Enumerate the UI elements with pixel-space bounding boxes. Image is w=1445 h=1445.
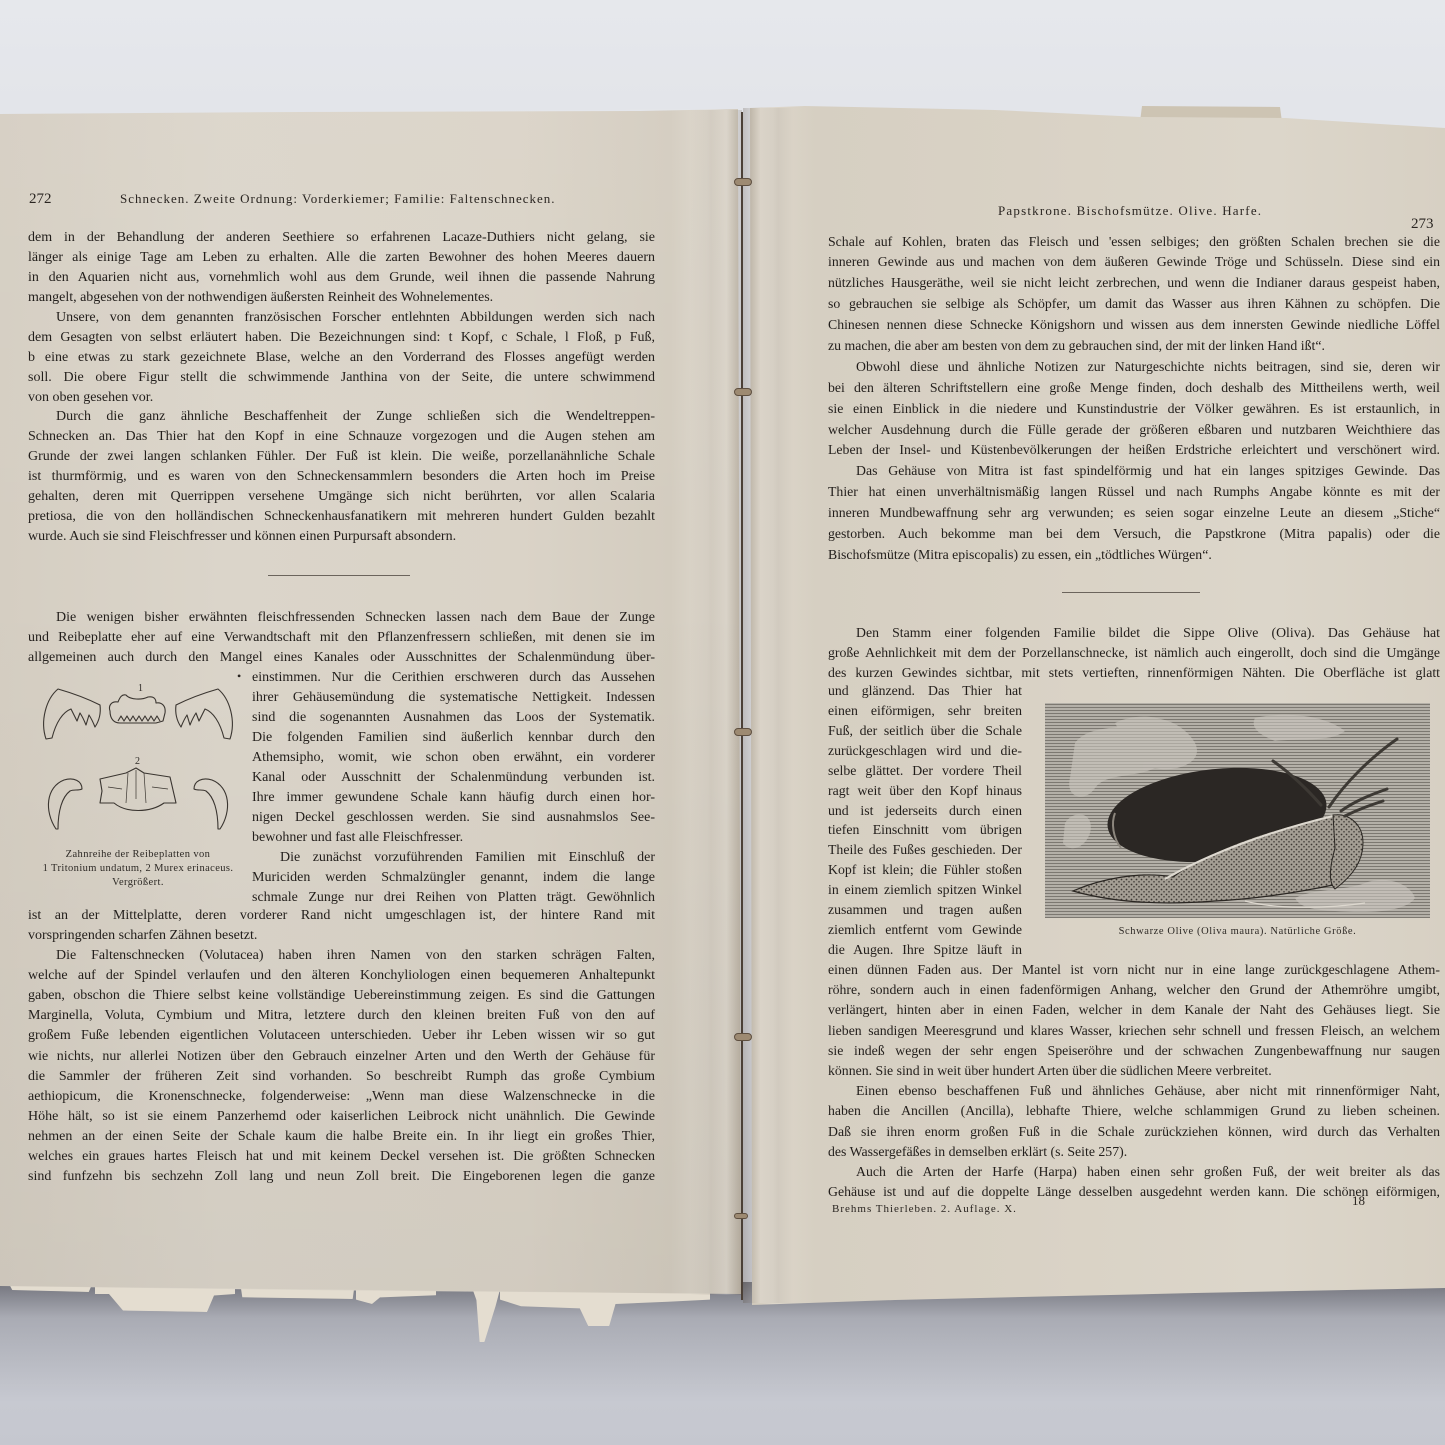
printer-signature: Brehms Thierleben. 2. Auflage. X. bbox=[832, 1203, 1017, 1215]
text-line: Theile des Fußes geschieden. Der bbox=[828, 840, 1022, 860]
text-line: inneren Mundbewaffnung sehr arg verwunde… bbox=[828, 503, 1440, 524]
radula-hook-right-2 bbox=[194, 779, 228, 829]
text-line: Kanal oder Ausschnitt der Schalenmündung… bbox=[252, 768, 655, 788]
figure-caption-left: Zahnreihe der Reibeplatten von 1 Tritoni… bbox=[28, 848, 248, 890]
text-line: bewohner und fast alle Fleischfresser. bbox=[252, 828, 655, 848]
text-line: nehmen an der einen Seite der Schale kau… bbox=[28, 1127, 655, 1147]
text-line: große Aehnlichkeit mit dem der Porzellan… bbox=[828, 643, 1440, 663]
text-line: sie einen Einblick in die niedere und Ku… bbox=[828, 399, 1440, 420]
spine-thread bbox=[741, 112, 743, 1300]
right-text-block-1: Schale auf Kohlen, braten das Fleisch un… bbox=[828, 232, 1440, 566]
gutter-fold-right bbox=[743, 108, 793, 1303]
text-line: Ihre immer gewundene Schale kann häufig … bbox=[252, 788, 655, 808]
text-line: wurde. Auch sie sind Fleischfresser und … bbox=[28, 527, 655, 547]
binding-stitch bbox=[734, 728, 752, 736]
text-line: Athemsipho, womit, wie schon oben erwähn… bbox=[252, 748, 655, 768]
text-line: Höhe hält, so ist sie einem Panzerhemd o… bbox=[28, 1107, 655, 1127]
text-line: ihrer Gehäusemündung die systematische N… bbox=[252, 688, 655, 708]
text-line: Die Faltenschnecken (Volutacea) haben ih… bbox=[28, 946, 655, 966]
page-shadow bbox=[0, 1282, 1445, 1402]
text-line: Grunde der zwei langen schlanken Fühler.… bbox=[28, 447, 655, 467]
figure-label-1: 1 bbox=[138, 683, 143, 694]
text-line: Unsere, von dem genannten französischen … bbox=[28, 308, 655, 328]
caption-line: 1 Tritonium undatum, 2 Murex erinaceus. bbox=[28, 862, 248, 876]
radula-hook-left-2 bbox=[48, 779, 82, 829]
text-line: einen eiförmigen, sehr breiten bbox=[828, 701, 1022, 721]
text-line: länger als einige Tage am Leben zu erhal… bbox=[28, 248, 655, 268]
text-line: Den Stamm einer folgenden Familie bildet… bbox=[828, 623, 1440, 643]
binding-stitch bbox=[734, 1213, 748, 1219]
right-text-block-2: Den Stamm einer folgenden Familie bildet… bbox=[828, 623, 1440, 683]
text-line: ist thurmförmig, und es waren von den Sc… bbox=[28, 467, 655, 487]
text-line: ziemlich entfernt vom Gewinde bbox=[828, 920, 1022, 940]
radula-hook-left-1 bbox=[44, 689, 101, 739]
text-line: zusammen und tragen außen bbox=[828, 900, 1022, 920]
text-line: wie nichts, nur allerlei Notizen über de… bbox=[28, 1047, 655, 1067]
text-line: tiefen Einschnitt vom übrigen bbox=[828, 820, 1022, 840]
text-line: Fuß, der seitlich über die Schale bbox=[828, 721, 1022, 741]
text-line: inneren Gewinde aus und machen von dem ä… bbox=[828, 252, 1440, 273]
text-line: Die zunächst vorzuführenden Familien mit… bbox=[252, 848, 655, 868]
text-line: gaben, obschon die Thiere selbst keine v… bbox=[28, 986, 655, 1006]
text-line: und Reibeplatte eher auf eine Verwandtsc… bbox=[28, 628, 655, 648]
text-line: die Sammler der früheren Zeit sind vorha… bbox=[28, 1067, 655, 1087]
text-line: von oben gesehen vor. bbox=[28, 388, 655, 408]
text-line: Das Gehäuse von Mitra ist fast spindelfö… bbox=[828, 461, 1440, 482]
text-line: nützliches Hausgeräthe, weil sie nicht l… bbox=[828, 273, 1440, 294]
text-line: Schale auf Kohlen, braten das Fleisch un… bbox=[828, 232, 1440, 253]
text-line: Kopf ist klein; die Fühler stoßen bbox=[828, 860, 1022, 880]
figure-radula-teeth: 1 2 bbox=[28, 675, 248, 840]
text-line: Obwohl diese und ähnliche Notizen zur Na… bbox=[828, 357, 1440, 378]
right-text-block-narrow: und glänzend. Das Thier hateinen eiförmi… bbox=[828, 681, 1022, 960]
text-line: Einen ebenso beschaffenen Fuß und ähnlic… bbox=[828, 1081, 1440, 1101]
caption-line: Vergrößert. bbox=[28, 876, 248, 890]
text-line: Marginella, Voluta, Cymbium und Mitra, l… bbox=[28, 1006, 655, 1026]
page-number-left: 272 bbox=[29, 191, 52, 208]
radula-hook-right-1 bbox=[176, 689, 233, 739]
text-line: soll. Die obere Figur stellt die schwimm… bbox=[28, 368, 655, 388]
text-line: zu machen, die aber am besten von dem zu… bbox=[828, 336, 1440, 357]
open-book-photo: 272 Schnecken. Zweite Ordnung: Vorderkie… bbox=[0, 0, 1445, 1445]
binding-stitch bbox=[734, 178, 752, 186]
running-head-left: Schnecken. Zweite Ordnung: Vorderkiemer;… bbox=[120, 191, 556, 207]
text-line: in den Aquarien nicht aus, vornehmlich w… bbox=[28, 268, 655, 288]
text-line: einen dünnen Faden aus. Der Mantel ist v… bbox=[828, 960, 1440, 980]
text-line: röhre, sondern auch in einen fadenförmig… bbox=[828, 980, 1440, 1000]
text-line: und glänzend. Das Thier hat bbox=[828, 681, 1022, 701]
text-line: dem in der Behandlung der anderen Seethi… bbox=[28, 228, 655, 248]
text-line: Chinesen nennen diese Schnecke Königshor… bbox=[828, 315, 1440, 336]
radula-plate-2 bbox=[100, 768, 176, 811]
text-line: Gehäuse ist und auf die doppelte Länge d… bbox=[828, 1182, 1440, 1202]
text-line: Die folgenden Familien sind äußerlich ke… bbox=[252, 728, 655, 748]
binding-stitch bbox=[734, 1033, 752, 1041]
text-line: welches ein graues hartes Fleisch hat un… bbox=[28, 1147, 655, 1167]
gutter-fold-left bbox=[690, 110, 742, 1295]
text-line: Leben der Insel- und Küstenbevölkerungen… bbox=[828, 440, 1440, 461]
text-line: Schnecken an. Das Thier hat den Kopf in … bbox=[28, 427, 655, 447]
text-line: Thier hat einen unverhältnismäßig langen… bbox=[828, 482, 1440, 503]
text-line: die Augen. Ihre Spitze läuft in bbox=[828, 940, 1022, 960]
text-line: Daß sie ihren enorm großen Fuß in die Sc… bbox=[828, 1122, 1440, 1142]
text-line: Durch die ganz ähnliche Beschaffenheit d… bbox=[28, 407, 655, 427]
illustration-caption: Schwarze Olive (Oliva maura). Natürliche… bbox=[1045, 924, 1430, 940]
text-line: können. Sie sind in weit über hundert Ar… bbox=[828, 1061, 1440, 1081]
illustration-black-olive-snail bbox=[1045, 703, 1430, 918]
text-line: lieben sandigen Meeresgrund und klares W… bbox=[828, 1021, 1440, 1041]
text-line: und ist jederseits durch einen bbox=[828, 801, 1022, 821]
text-line: in einem ziemlich spitzen Winkel bbox=[828, 880, 1022, 900]
binding-stitch bbox=[734, 388, 752, 396]
text-line: pretiosa, die von den holländischen Schn… bbox=[28, 507, 655, 527]
page-number-right: 273 bbox=[1411, 216, 1434, 233]
section-rule-left bbox=[268, 575, 410, 576]
text-line: Auch die Arten der Harfe (Harpa) haben e… bbox=[828, 1162, 1440, 1182]
text-line: haben die Ancillen (Ancilla), lebhafte T… bbox=[828, 1101, 1440, 1121]
text-line: bei den älteren Schriftstellern eine gro… bbox=[828, 378, 1440, 399]
section-rule-right bbox=[1062, 592, 1200, 593]
text-line: nigen Deckel geschlossen werden. Sie sin… bbox=[252, 808, 655, 828]
text-line: sind die sogenannten Ausnahmen das Loos … bbox=[252, 708, 655, 728]
text-line: des Wassergefäßes in demselben erklärt (… bbox=[828, 1142, 1440, 1162]
text-line: schmale Zunge nur drei Reihen von Platte… bbox=[252, 888, 655, 908]
text-line: aethiopicum, die Kronenschnecke, folgend… bbox=[28, 1087, 655, 1107]
left-text-block-3: ist an der Mittelplatte, deren vorderer … bbox=[28, 906, 655, 1187]
text-line: Bischofsmütze (Mitra episcopalis) zu ess… bbox=[828, 545, 1440, 566]
text-line: ist an der Mittelplatte, deren vorderer … bbox=[28, 906, 655, 926]
text-line: Die wenigen bisher erwähnten fleischfres… bbox=[28, 608, 655, 628]
radula-teeth-zigzag bbox=[118, 716, 160, 721]
left-text-block-1: dem in der Behandlung der anderen Seethi… bbox=[28, 228, 655, 547]
figure-label-2: 2 bbox=[135, 756, 140, 767]
text-line: gehalten, deren mit Querrippen versehene… bbox=[28, 487, 655, 507]
text-line: ragt weit über den Kopf hinaus bbox=[828, 781, 1022, 801]
text-line: vorspringenden scharfen Zähnen besetzt. bbox=[28, 926, 655, 946]
text-line: großem Fuße lebenden eigentlichen Voluta… bbox=[28, 1026, 655, 1046]
text-line: welcher Ausdehnung durch die Fülle gerad… bbox=[828, 420, 1440, 441]
text-line: allgemeinen auch durch den Mangel eines … bbox=[28, 648, 655, 668]
text-line: des kurzen Gewindes sichtbar, mit stets … bbox=[828, 663, 1440, 683]
text-line: so gebrauchen sie selbige als Schöpfer, … bbox=[828, 294, 1440, 315]
text-line: einstimmen. Nur die Cerithien erschweren… bbox=[252, 668, 655, 688]
left-text-block-2: Die wenigen bisher erwähnten fleischfres… bbox=[28, 608, 655, 668]
text-line: dem Gesagten von selbst erläutert haben.… bbox=[28, 328, 655, 348]
running-head-right: Papstkrone. Bischofsmütze. Olive. Harfe. bbox=[998, 203, 1262, 219]
text-line: b eine etwas zu stark gezeichnete Blase,… bbox=[28, 348, 655, 368]
right-text-block-3: einen dünnen Faden aus. Der Mantel ist v… bbox=[828, 960, 1440, 1202]
sheet-number: 18 bbox=[1352, 1193, 1365, 1209]
text-line: verlängert, hinten aber in einen Faden, … bbox=[828, 1000, 1440, 1020]
text-line: welche auf der Spindel verlaufen und den… bbox=[28, 966, 655, 986]
text-line: zurückgeschlagen wird und die- bbox=[828, 741, 1022, 761]
left-text-block-narrow: einstimmen. Nur die Cerithien erschweren… bbox=[252, 668, 655, 908]
text-line: sie indeß wegen der sehr engen Speiseröh… bbox=[828, 1041, 1440, 1061]
text-line: mangelt, abgesehen von der nothwendigen … bbox=[28, 288, 655, 308]
text-line: Muriciden werden Schmalzüngler genannt, … bbox=[252, 868, 655, 888]
text-line: sind funfzehn bis sechzehn Zoll lang und… bbox=[28, 1167, 655, 1187]
caption-line: Zahnreihe der Reibeplatten von bbox=[28, 848, 248, 862]
text-line: selbe glättet. Der vordere Theil bbox=[828, 761, 1022, 781]
text-line: gestorben. Auch bekomme man bei dem Vers… bbox=[828, 524, 1440, 545]
